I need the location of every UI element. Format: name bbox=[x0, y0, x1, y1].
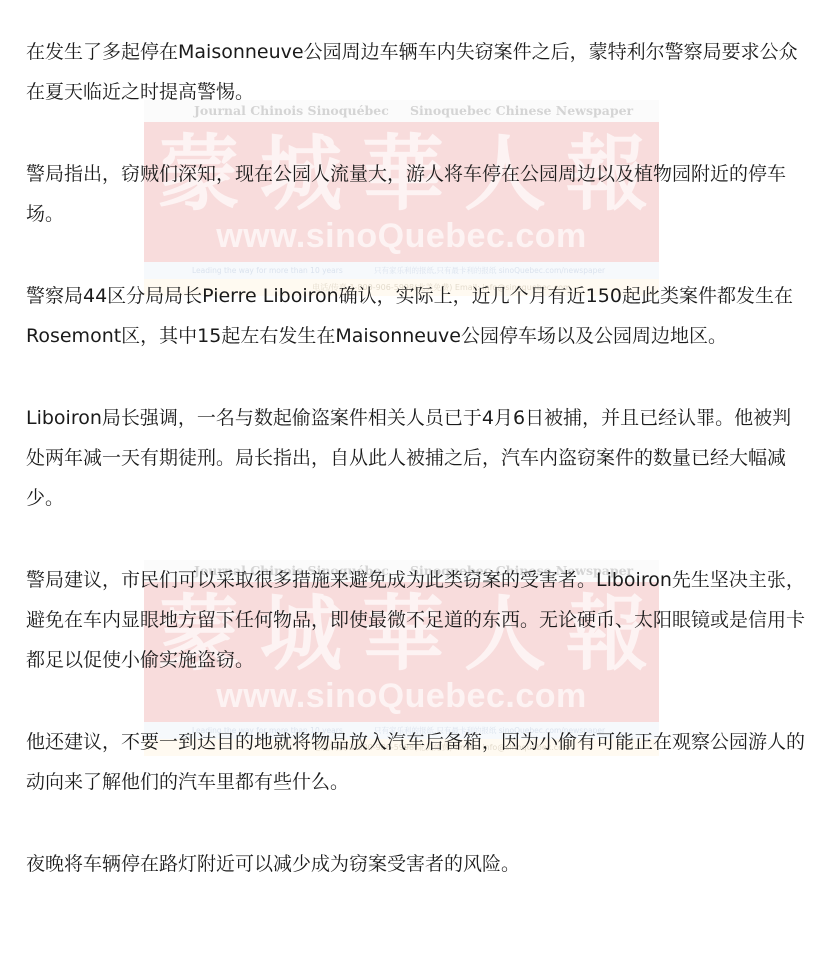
article-paragraph-2: 警局指出，窃贼们深知，现在公园人流量大，游人将车停在公园周边以及植物园附近的停车… bbox=[26, 154, 806, 234]
article-paragraph-3: 警察局44区分局局长Pierre Liboiron确认，实际上，近几个月有近15… bbox=[26, 276, 806, 356]
article-paragraph-7: 夜晚将车辆停在路灯附近可以减少成为窃案受害者的风险。 bbox=[26, 844, 806, 884]
article-body: 在发生了多起停在Maisonneuve公园周边车辆车内失窃案件之后，蒙特利尔警察… bbox=[26, 32, 806, 926]
article-paragraph-6: 他还建议，不要一到达目的地就将物品放入汽车后备箱，因为小偷有可能正在观察公园游人… bbox=[26, 722, 806, 802]
article-paragraph-4: Liboiron局长强调，一名与数起偷盗案件相关人员已于4月6日被捕，并且已经认… bbox=[26, 398, 806, 518]
article-paragraph-1: 在发生了多起停在Maisonneuve公园周边车辆车内失窃案件之后，蒙特利尔警察… bbox=[26, 32, 806, 112]
article-paragraph-5: 警局建议，市民们可以采取很多措施来避免成为此类窃案的受害者。Liboiron先生… bbox=[26, 560, 806, 680]
